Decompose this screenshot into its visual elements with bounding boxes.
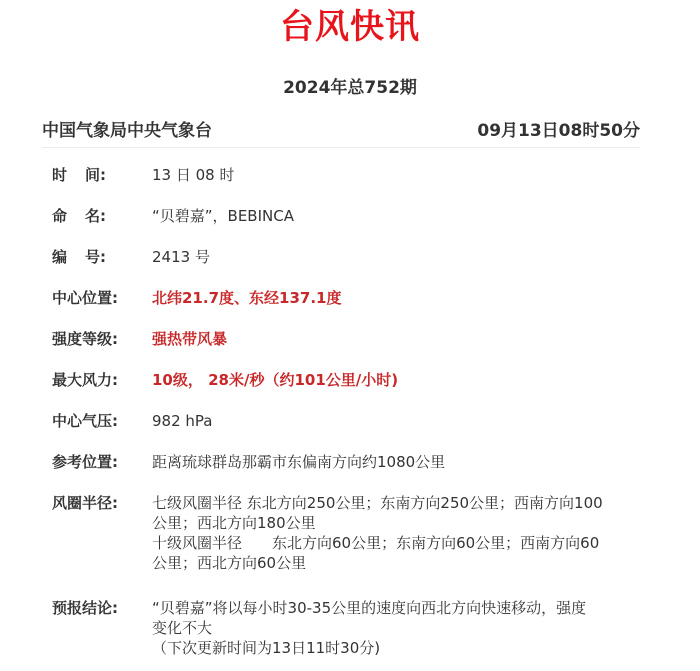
field-label: 命 名: — [52, 206, 106, 226]
field-value: 2413 号 — [152, 247, 642, 267]
field-forecast: 预报结论: “贝碧嘉”将以每小时30-35公里的速度向西北方向快速移动，强度 变… — [52, 598, 642, 658]
publish-datetime: 09月13日08时50分 — [477, 119, 640, 143]
field-value: 10级， 28米/秒（约101公里/小时) — [152, 370, 642, 390]
field-label: 中心位置: — [52, 288, 152, 308]
field-wind-radius: 风圈半径: 七级风圈半径 东北方向250公里；东南方向250公里；西南方向100… — [52, 493, 642, 573]
field-value: “贝碧嘉”将以每小时30-35公里的速度向西北方向快速移动，强度 变化不大 （下… — [152, 598, 642, 658]
label-char: 名: — [85, 206, 106, 226]
forecast-line: （下次更新时间为13日11时30分) — [152, 638, 642, 658]
field-number: 编 号: 2413 号 — [52, 247, 642, 267]
label-char: 号: — [85, 247, 106, 267]
field-label: 预报结论: — [52, 598, 152, 658]
wind-radius-line: 七级风圈半径 东北方向250公里；东南方向250公里；西南方向100 — [152, 493, 642, 513]
wind-radius-line: 十级风圈半径 东北方向60公里；东南方向60公里；西南方向60 — [152, 533, 642, 553]
field-value: 七级风圈半径 东北方向250公里；东南方向250公里；西南方向100 公里；西北… — [152, 493, 642, 573]
field-value: 距离琉球群岛那霸市东偏南方向约1080公里 — [152, 452, 642, 472]
label-char: 间: — [85, 165, 106, 185]
forecast-line: 变化不大 — [152, 618, 642, 638]
field-label: 中心气压: — [52, 411, 152, 431]
field-max-wind: 最大风力: 10级， 28米/秒（约101公里/小时) — [52, 370, 642, 390]
field-value: 982 hPa — [152, 411, 642, 431]
field-label: 时 间: — [52, 165, 106, 185]
field-label: 参考位置: — [52, 452, 152, 472]
wind-radius-line: 公里；西北方向60公里 — [152, 553, 642, 573]
field-center-position: 中心位置: 北纬21.7度、东经137.1度 — [52, 288, 642, 308]
field-label: 最大风力: — [52, 370, 152, 390]
field-value: “贝碧嘉”，BEBINCA — [152, 206, 642, 226]
label-char: 编 — [52, 247, 67, 267]
label-char: 时 — [52, 165, 67, 185]
field-name: 命 名: “贝碧嘉”，BEBINCA — [52, 206, 642, 226]
field-intensity: 强度等级: 强热带风暴 — [52, 329, 642, 349]
bulletin-header: 中国气象局中央气象台 09月13日08时50分 — [42, 119, 640, 143]
field-value: 强热带风暴 — [152, 329, 642, 349]
field-value: 13 日 08 时 — [152, 165, 642, 185]
header-divider — [42, 147, 640, 148]
field-label: 强度等级: — [52, 329, 152, 349]
wind-radius-line: 公里；西北方向180公里 — [152, 513, 642, 533]
forecast-line: “贝碧嘉”将以每小时30-35公里的速度向西北方向快速移动，强度 — [152, 598, 642, 618]
agency-name: 中国气象局中央气象台 — [42, 119, 212, 143]
field-center-pressure: 中心气压: 982 hPa — [52, 411, 642, 431]
issue-number: 2024年总752期 — [0, 76, 700, 100]
field-label: 编 号: — [52, 247, 106, 267]
field-time: 时 间: 13 日 08 时 — [52, 165, 642, 185]
field-reference-position: 参考位置: 距离琉球群岛那霸市东偏南方向约1080公里 — [52, 452, 642, 472]
label-char: 命 — [52, 206, 67, 226]
field-value: 北纬21.7度、东经137.1度 — [152, 288, 642, 308]
page-title: 台风快讯 — [0, 4, 700, 50]
field-label: 风圈半径: — [52, 493, 152, 573]
